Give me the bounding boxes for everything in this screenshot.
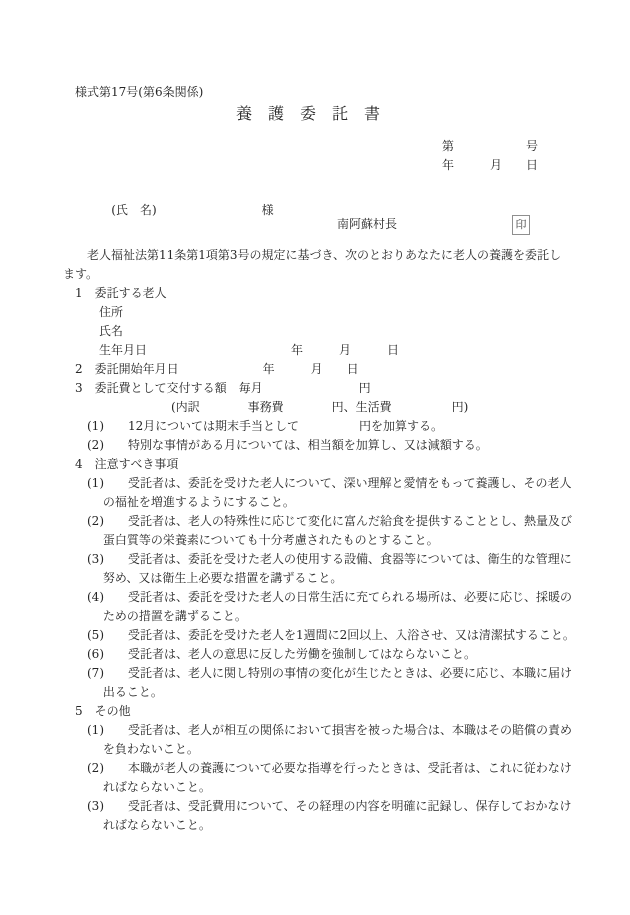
document-line: (1) 受託者は、老人が相互の関係において損害を被った場合は、本職はその賠償の責… bbox=[63, 721, 608, 740]
document-page: 様式第17号(第6条関係) 養 護 委 託 書 第 号 年 月 日 (氏 名)様… bbox=[0, 0, 630, 915]
document-line: ます。 bbox=[63, 265, 608, 284]
document-line: (6) 受託者は、老人の意思に反した労働を強制してはならないこと。 bbox=[63, 645, 608, 664]
document-line: 4 注意すべき事項 bbox=[63, 455, 608, 474]
document-line: 3 委託費として交付する額 毎月 円 bbox=[63, 379, 608, 398]
document-line: 2 委託開始年月日 年 月 日 bbox=[63, 360, 608, 379]
document-line: (2) 本職が老人の養護について必要な指導を行ったときは、受託者は、これに従わな… bbox=[63, 759, 608, 778]
issuer-name: 南阿蘇村長 bbox=[337, 215, 397, 232]
document-line: ための措置を講ずること。 bbox=[63, 607, 608, 626]
document-title: 養 護 委 託 書 bbox=[0, 101, 616, 124]
document-line: (5) 受託者は、委託を受けた老人を1週間に2回以上、入浴させ、又は清潔拭するこ… bbox=[63, 626, 608, 645]
document-line: (1) 12月については期末手当として 円を加算する。 bbox=[63, 417, 608, 436]
document-line: 氏名 bbox=[63, 322, 608, 341]
document-line: 老人福祉法第11条第1項第3号の規定に基づき、次のとおりあなたに老人の養護を委託… bbox=[63, 246, 608, 265]
document-line: (2) 特別な事情がある月については、相当額を加算し、又は減額する。 bbox=[63, 436, 608, 455]
document-number-line: 第 号 bbox=[442, 137, 538, 154]
document-body: 老人福祉法第11条第1項第3号の規定に基づき、次のとおりあなたに老人の養護を委託… bbox=[63, 246, 608, 835]
addressee-name-label: (氏 名) bbox=[111, 203, 156, 217]
document-line: の福祉を増進するようにすること。 bbox=[63, 493, 608, 512]
document-line: を負わないこと。 bbox=[63, 740, 608, 759]
document-line: 出ること。 bbox=[63, 683, 608, 702]
addressee-line: (氏 名)様 bbox=[96, 187, 274, 232]
document-line: ればならないこと。 bbox=[63, 778, 608, 797]
document-line: (3) 受託者は、委託を受けた老人の使用する設備、食器等については、衛生的な管理… bbox=[63, 550, 608, 569]
addressee-honorific: 様 bbox=[262, 203, 274, 217]
document-line: (4) 受託者は、委託を受けた老人の日常生活に充てられる場所は、必要に応じ、採暖… bbox=[63, 588, 608, 607]
seal-stamp-icon: 印 bbox=[512, 215, 530, 235]
document-date-line: 年 月 日 bbox=[442, 156, 538, 173]
form-number: 様式第17号(第6条関係) bbox=[75, 83, 203, 100]
document-line: 5 その他 bbox=[63, 702, 608, 721]
document-line: (内訳 事務費 円、生活費 円) bbox=[63, 398, 608, 417]
document-line: 生年月日 年 月 日 bbox=[63, 341, 608, 360]
document-line: (1) 受託者は、委託を受けた老人について、深い理解と愛情をもって養護し、その老… bbox=[63, 474, 608, 493]
document-line: (7) 受託者は、老人に関し特別の事情の変化が生じたときは、必要に応じ、本職に届… bbox=[63, 664, 608, 683]
document-line: 蛋白質等の栄養素についても十分考慮されたものとすること。 bbox=[63, 531, 608, 550]
document-line: 住所 bbox=[63, 303, 608, 322]
document-line: (2) 受託者は、老人の特殊性に応じて変化に富んだ給食を提供することとし、熱量及… bbox=[63, 512, 608, 531]
document-line: 努め、又は衛生上必要な措置を講ずること。 bbox=[63, 569, 608, 588]
document-line: ればならないこと。 bbox=[63, 816, 608, 835]
document-line: 1 委託する老人 bbox=[63, 284, 608, 303]
document-line: (3) 受託者は、受託費用について、その経理の内容を明確に記録し、保存しておかな… bbox=[63, 797, 608, 816]
